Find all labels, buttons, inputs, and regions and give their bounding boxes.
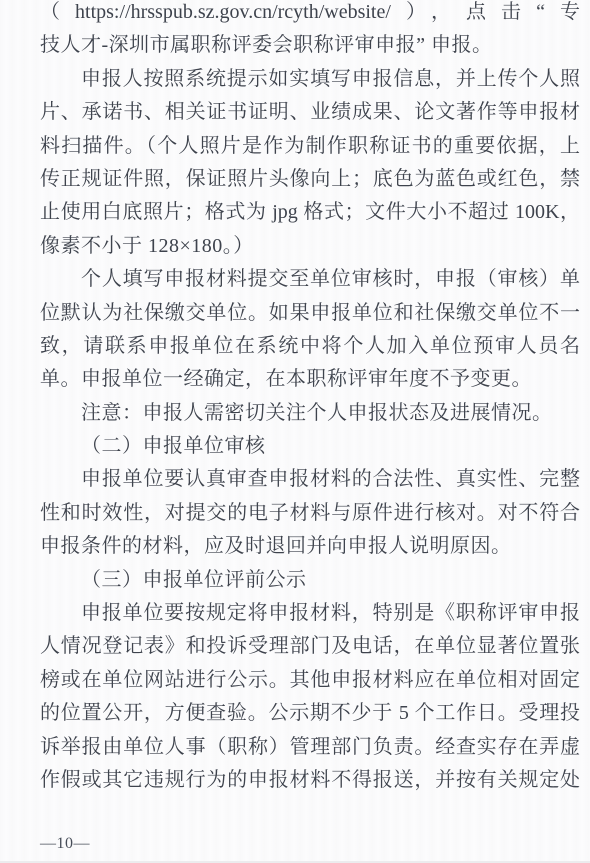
text-line: 像素不小于 128×180。）	[40, 230, 580, 263]
document-page: （https://hrsspub.sz.gov.cn/rcyth/website…	[0, 0, 590, 863]
text-line: （二）申报单位审核	[40, 430, 580, 463]
text-line: 申报人按照系统提示如实填写申报信息，并上传个人照	[40, 63, 580, 96]
text-line: 人情况登记表》和投诉受理部门及电话，在单位显著位置张	[40, 630, 580, 663]
text-line: 注意：申报人需密切关注个人申报状态及进展情况。	[40, 397, 580, 430]
text-line: 致，请联系申报单位在系统中将个人加入单位预审人员名	[40, 330, 580, 363]
text-line: 单。申报单位一经确定，在本职称评审年度不予变更。	[40, 363, 580, 396]
text-line: 榜或在单位网站进行公示。其他申报材料应在单位相对固定	[40, 664, 580, 697]
document-body: （https://hrsspub.sz.gov.cn/rcyth/website…	[40, 0, 580, 797]
text-line: 传正规证件照，保证照片头像向上；底色为蓝色或红色，禁	[40, 163, 580, 196]
text-line: 止使用白底照片；格式为 jpg 格式；文件大小不超过 100K，	[40, 196, 580, 229]
text-line: 申报条件的材料，应及时退回并向申报人说明原因。	[40, 530, 580, 563]
text-line: 片、承诺书、相关证书证明、业绩成果、论文著作等申报材	[40, 96, 580, 129]
text-line: 申报单位要按规定将申报材料，特别是《职称评审申报	[40, 597, 580, 630]
text-line: （三）申报单位评前公示	[40, 564, 580, 597]
text-line: 位默认为社保缴交单位。如果申报单位和社保缴交单位不一	[40, 297, 580, 330]
text-line: 个人填写申报材料提交至单位审核时，申报（审核）单	[40, 263, 580, 296]
page-number: —10—	[40, 834, 90, 854]
text-line: （https://hrsspub.sz.gov.cn/rcyth/website…	[40, 0, 580, 29]
text-line: 申报单位要认真审查申报材料的合法性、真实性、完整	[40, 463, 580, 496]
text-line: 的位置公开，方便查验。公示期不少于 5 个工作日。受理投	[40, 697, 580, 730]
text-line: 诉举报由单位人事（职称）管理部门负责。经查实存在弄虚	[40, 731, 580, 764]
text-line: 料扫描件。（个人照片是作为制作职称证书的重要依据，上	[40, 130, 580, 163]
text-line: 性和时效性，对提交的电子材料与原件进行核对。对不符合	[40, 497, 580, 530]
text-line: 作假或其它违规行为的申报材料不得报送，并按有关规定处	[40, 764, 580, 797]
text-line: 技人才-深圳市属职称评委会职称评审申报” 申报。	[40, 29, 580, 62]
